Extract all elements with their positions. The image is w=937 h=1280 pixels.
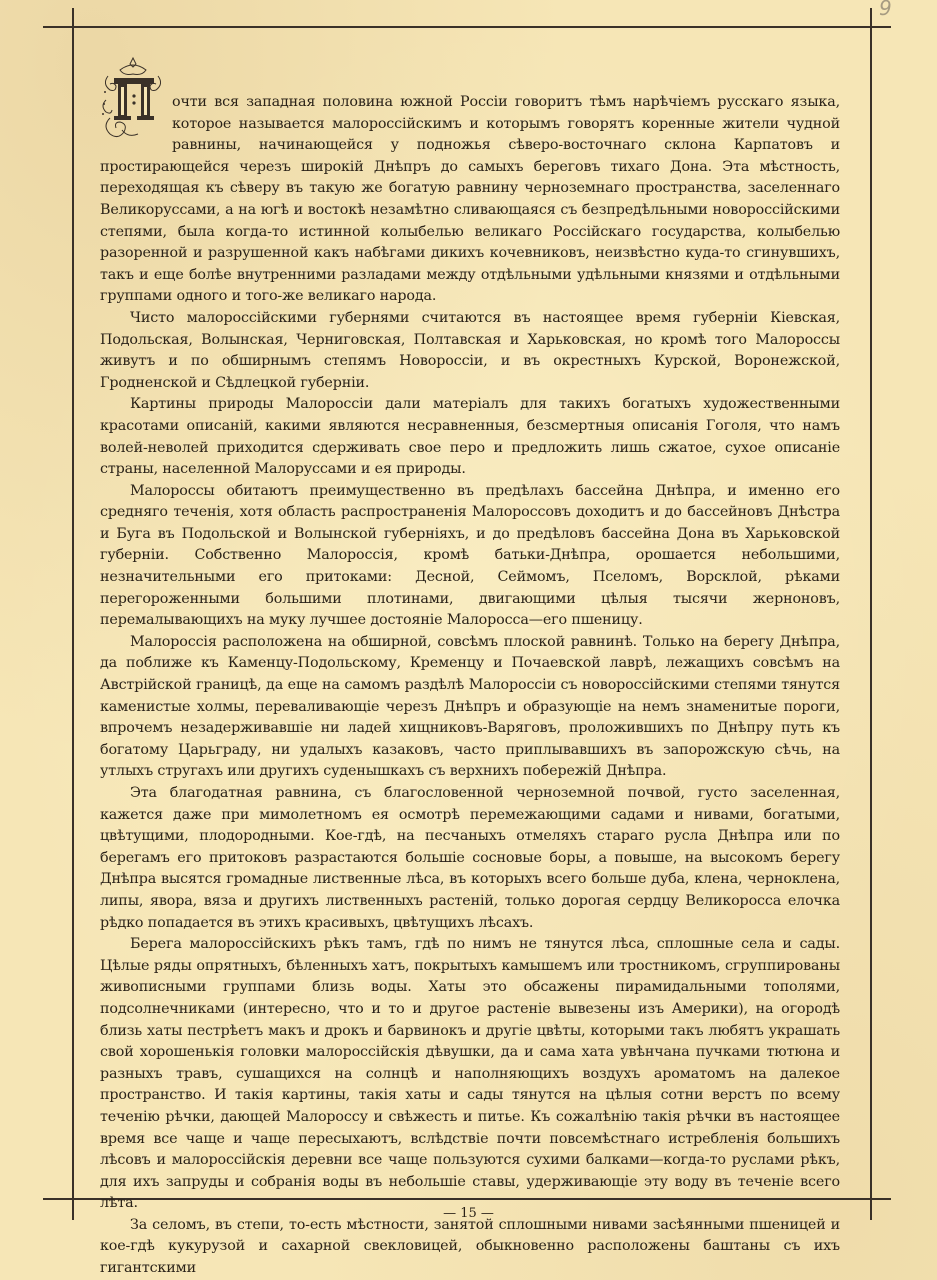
- paragraph: Берега малороссійскихъ рѣкъ тамъ, гдѣ по…: [100, 934, 840, 1215]
- paragraph: Картины природы Малороссіи дали матеріал…: [100, 394, 840, 480]
- paragraph: Малороссія расположена на обширной, совс…: [100, 632, 840, 783]
- ornamental-initial-icon: [100, 56, 166, 136]
- paragraph-text: очти вся западная половина южной Россіи …: [100, 94, 840, 304]
- paragraph: Эта благодатная равнина, съ благословенн…: [100, 783, 840, 934]
- pencil-annotation: 9: [879, 0, 892, 20]
- left-border-rule: [72, 8, 74, 1220]
- body-text: Почти вся западная половина южной Россіи…: [100, 92, 840, 1280]
- paragraph: Малороссы обитаютъ преимущественно въ пр…: [100, 481, 840, 632]
- page-number: — 15 —: [0, 1206, 937, 1221]
- paragraph: Почти вся западная половина южной Россіи…: [100, 92, 840, 308]
- right-border-rule: [870, 8, 872, 1220]
- top-border-rule: [43, 26, 891, 28]
- paragraph: Чисто малороссійскими губернями считаютс…: [100, 308, 840, 394]
- paragraph: За селомъ, въ степи, то-есть мѣстности, …: [100, 1215, 840, 1280]
